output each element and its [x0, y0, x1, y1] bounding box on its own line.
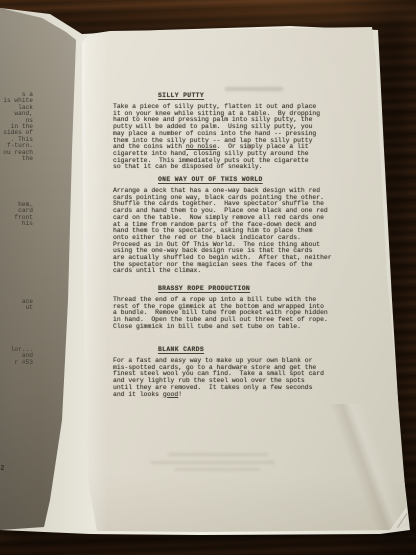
left-page-text-fragments: lor...andr #53 [0, 347, 33, 366]
left-page-text-fragments: s ais whitelackwand,nsin thesides of. Th… [0, 92, 33, 162]
left-page-number: 42 [0, 466, 4, 473]
left-page-text-fragments: aceut [0, 299, 33, 312]
section-body: Arrange a deck that has a one-way back d… [113, 188, 345, 275]
ghost-text-showthrough [175, 468, 260, 471]
ghost-text-showthrough [168, 453, 268, 456]
section-silly-putty: SILLY PUTTY Take a piece of silly putty,… [113, 92, 345, 171]
photo-open-book: s ais whitelackwand,nsin thesides of. Th… [0, 0, 416, 555]
section-one-way-out-of-this-world: ONE WAY OUT OF THIS WORLD Arrange a deck… [113, 176, 345, 275]
left-page-text-fragments: hem,cardfronthis [0, 202, 33, 228]
section-body: For a fast and easy way to make up your … [113, 358, 345, 398]
section-brassy-rope-production: BRASSY ROPE PRODUCTION Thread the end of… [113, 285, 345, 331]
right-page: SILLY PUTTY Take a piece of silly putty,… [80, 24, 414, 536]
section-title: ONE WAY OUT OF THIS WORLD [158, 176, 345, 183]
section-title: SILLY PUTTY [158, 92, 345, 99]
ghost-text-showthrough [150, 461, 275, 464]
section-body: Thread the end of a rope up into a bill … [113, 297, 345, 331]
section-title: BLANK CARDS [158, 346, 345, 353]
section-blank-cards: BLANK CARDS For a fast and easy way to m… [113, 346, 345, 398]
ghost-text-showthrough [225, 87, 283, 91]
section-title: BRASSY ROPE PRODUCTION [158, 285, 345, 292]
section-body: Take a piece of silly putty, flatten it … [113, 104, 345, 171]
